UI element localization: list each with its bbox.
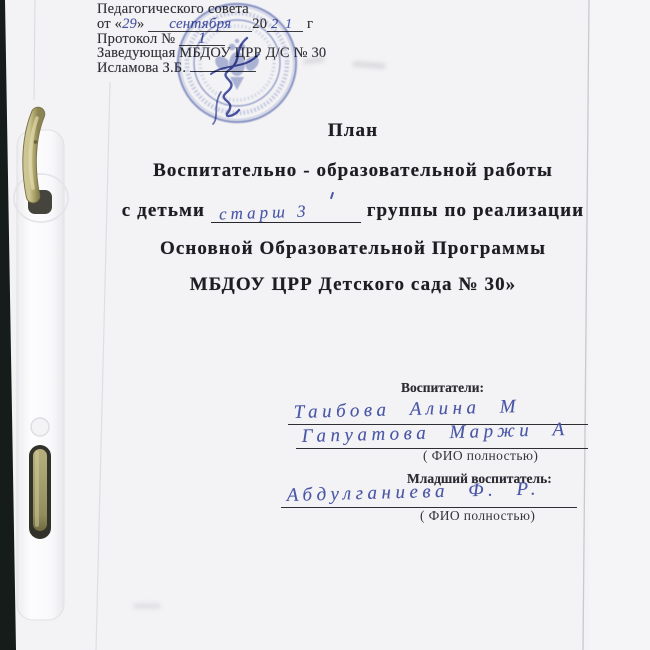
handwritten-educator-1: Таибова Алина М bbox=[293, 396, 520, 424]
head-signature bbox=[183, 30, 283, 128]
title-line-4: Основной Образовательной Программы bbox=[100, 238, 606, 260]
handwritten-group-name: старш 3 bbox=[219, 201, 310, 224]
fastener-bottom-prong bbox=[33, 449, 47, 531]
junior-signature-line: Абдулганиева Ф. Р. bbox=[281, 486, 577, 508]
group-name-blank: старш 3 bbox=[211, 200, 361, 223]
handwritten-day: 29 bbox=[122, 16, 137, 32]
fastener-rivet bbox=[31, 418, 49, 436]
fastener-top-prong bbox=[30, 114, 38, 196]
title-line-5: МБДОУ ЦРР Детского сада № 30» bbox=[100, 274, 606, 296]
scan-smudge bbox=[133, 603, 161, 609]
title-line-3: с детьми старш 3 группы по реализации bbox=[100, 200, 606, 223]
fio-note-1: ( ФИО полностью) bbox=[423, 448, 538, 464]
fio-note-2: ( ФИО полностью) bbox=[420, 508, 535, 524]
educators-label: Воспитатели: bbox=[401, 380, 484, 396]
scanned-document-page: Педагогического совета от «29» сентября2… bbox=[0, 0, 650, 650]
title-line-2: Воспитательно - образовательной работы bbox=[100, 160, 606, 182]
educator-signature-line-2: Гапуатова Маржи А bbox=[296, 426, 588, 449]
page-crease-lines bbox=[0, 0, 650, 650]
